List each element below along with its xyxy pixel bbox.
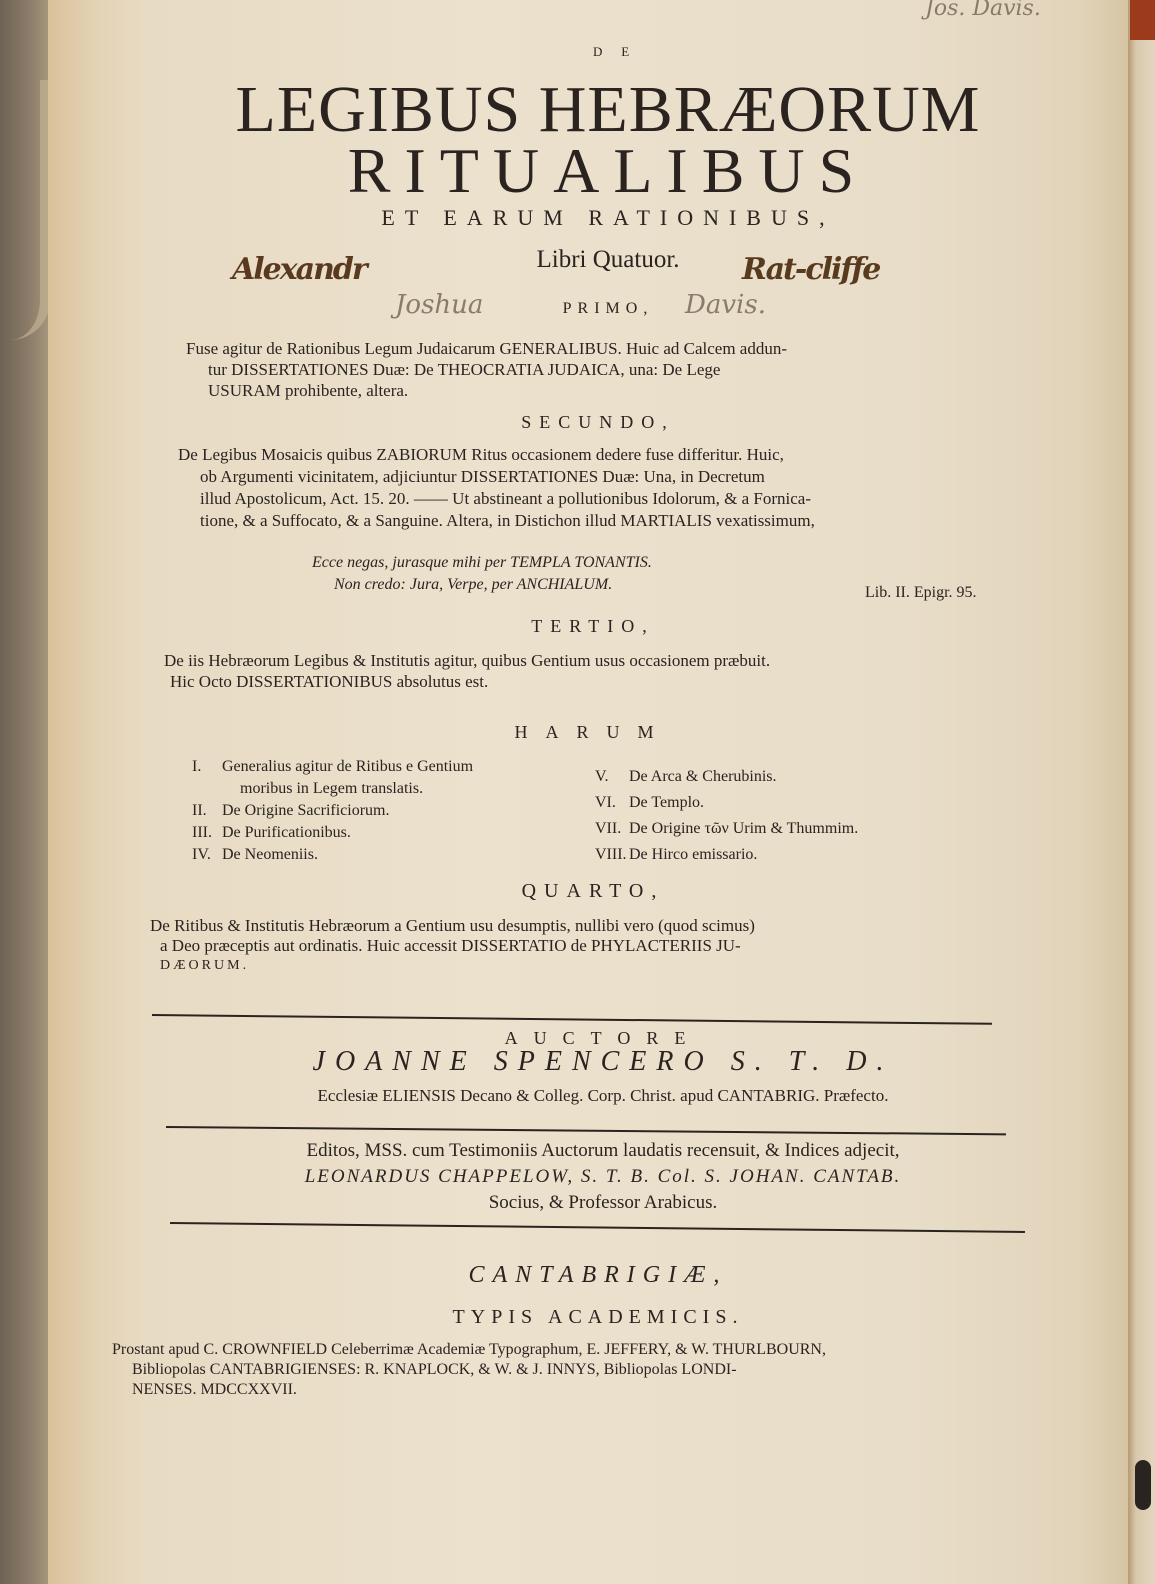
- editor-credit: Editos, MSS. cum Testimoniis Auctorum la…: [168, 1138, 1038, 1216]
- secundo-heading: SECUNDO,: [168, 412, 1028, 433]
- dissertation-item: I.Generalius agitur de Ritibus e Gentium: [192, 756, 582, 778]
- secundo-description: De Legibus Mosaicis quibus ZABIORUM Ritu…: [178, 444, 1020, 532]
- secundo-line: De Legibus Mosaicis quibus ZABIORUM Ritu…: [178, 445, 784, 464]
- martial-verse: Ecce negas, jurasque mihi per TEMPLA TON…: [312, 552, 832, 596]
- editor-line: Editos, MSS. cum Testimoniis Auctorum la…: [168, 1138, 1038, 1164]
- tertio-line: Hic Octo DISSERTATIONIBUS absolutus est.: [164, 671, 1022, 692]
- editor-line: Socius, & Professor Arabicus.: [168, 1190, 1038, 1216]
- title-line-2: RITUALIBUS: [168, 134, 1048, 208]
- primo-description: Fuse agitur de Rationibus Legum Judaicar…: [186, 338, 1016, 401]
- primo-heading: PRIMO,: [168, 300, 1048, 318]
- dissertation-item: IV.De Neomeniis.: [192, 844, 582, 866]
- divider-rule: [152, 1014, 992, 1025]
- dissertation-item: VIII.De Hirco emissario.: [595, 842, 995, 868]
- tertio-heading: TERTIO,: [168, 616, 1018, 637]
- dissertation-item: V.De Arca & Cherubinis.: [595, 764, 995, 790]
- secundo-line: illud Apostolicum, Act. 15. 20. —— Ut ab…: [178, 488, 1020, 510]
- dissertation-item: II.De Origine Sacrificiorum.: [192, 800, 582, 822]
- dissertation-item-cont: moribus in Legem translatis.: [192, 778, 582, 800]
- dissertations-right-column: V.De Arca & Cherubinis. VI.De Templo. VI…: [595, 764, 995, 868]
- quarto-line: a Deo præceptis aut ordinatis. Huic acce…: [150, 936, 1030, 956]
- verse-line: Non credo: Jura, Verpe, per ANCHIALUM.: [312, 574, 832, 596]
- divider-rule: [170, 1222, 1025, 1233]
- harum-heading: HARUM: [168, 722, 1018, 743]
- owner-inscription: Jos. Davis.: [925, 0, 1041, 21]
- imprint-details: Prostant apud C. CROWNFIELD Celeberrimæ …: [112, 1340, 1042, 1400]
- secundo-line: ob Argumenti vicinitatem, adjiciuntur DI…: [178, 466, 1020, 488]
- verse-line: Ecce negas, jurasque mihi per TEMPLA TON…: [312, 554, 652, 571]
- editor-line: LEONARDUS CHAPPELOW, S. T. B. Col. S. JO…: [168, 1164, 1038, 1190]
- page-content: Jos. Davis. D E LEGIBUS HEBRÆORUM RITUAL…: [0, 0, 1155, 1584]
- crossed-out-signature-left: Alexandr: [232, 252, 366, 287]
- quarto-line: De Ritibus & Institutis Hebræorum a Gent…: [150, 916, 755, 935]
- secundo-line: tione, & a Suffocato, & a Sanguine. Alte…: [178, 510, 1020, 532]
- author-affiliation: Ecclesiæ ELIENSIS Decano & Colleg. Corp.…: [168, 1086, 1038, 1106]
- primo-line: USURAM prohibente, altera.: [186, 380, 1016, 401]
- quarto-line: DÆORUM.: [150, 956, 1030, 976]
- primo-line: tur DISSERTATIONES Duæ: De THEOCRATIA JU…: [186, 359, 1016, 380]
- imprint-line: Prostant apud C. CROWNFIELD Celeberrimæ …: [112, 1341, 826, 1358]
- dissertation-item: VI.De Templo.: [595, 790, 995, 816]
- title-line-3: ET EARUM RATIONIBUS,: [168, 205, 1048, 231]
- quarto-description: De Ritibus & Institutis Hebræorum a Gent…: [150, 916, 1030, 976]
- author-name: JOANNE SPENCERO S. T. D.: [168, 1046, 1038, 1078]
- imprint-press: TYPIS ACADEMICIS.: [168, 1306, 1028, 1329]
- primo-line: Fuse agitur de Rationibus Legum Judaicar…: [186, 339, 787, 358]
- tertio-line: De iis Hebræorum Legibus & Institutis ag…: [164, 651, 770, 670]
- imprint-line: Bibliopolas CANTABRIGIENSES: R. KNAPLOCK…: [112, 1360, 1042, 1380]
- dissertation-item: VII.De Origine τῶν Urim & Thummim.: [595, 816, 995, 842]
- dissertations-left-column: I.Generalius agitur de Ritibus e Gentium…: [192, 756, 582, 866]
- dissertation-item: III.De Purificationibus.: [192, 822, 582, 844]
- imprint-city: CANTABRIGIÆ,: [168, 1262, 1028, 1289]
- crossed-out-signature-right: Rat-cliffe: [742, 252, 879, 287]
- imprint-line: NENSES. MDCCXXVII.: [112, 1380, 1042, 1400]
- title-pre: D E: [0, 44, 1155, 60]
- epigram-citation: Lib. II. Epigr. 95.: [865, 582, 977, 603]
- tertio-description: De iis Hebræorum Legibus & Institutis ag…: [164, 650, 1022, 692]
- divider-rule: [166, 1126, 1006, 1135]
- quarto-heading: QUARTO,: [168, 880, 1018, 903]
